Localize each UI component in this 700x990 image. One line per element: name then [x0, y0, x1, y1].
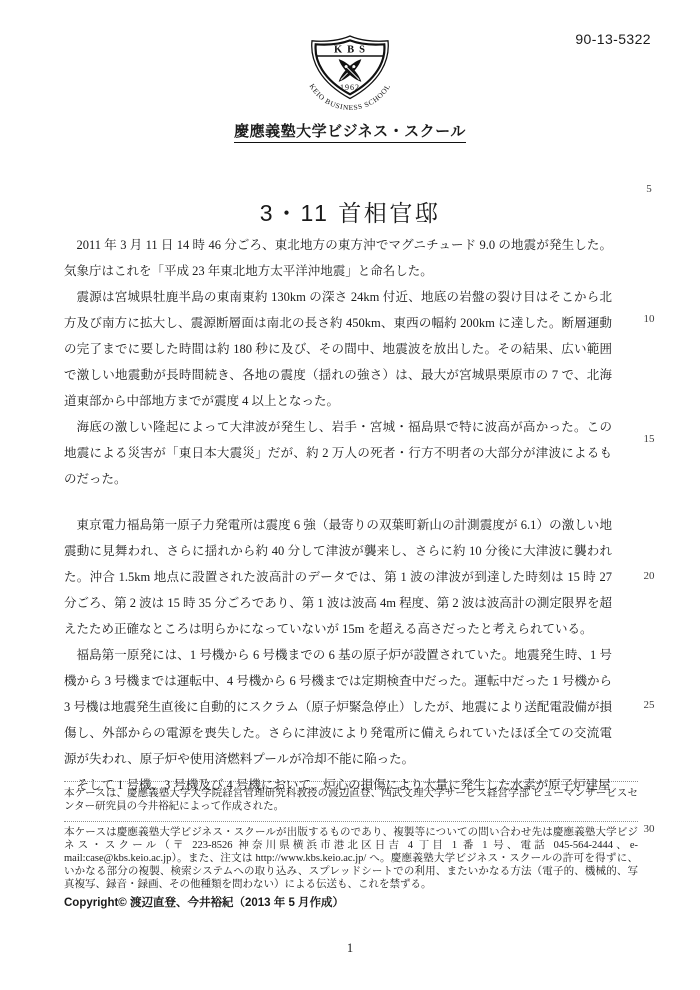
- body-paragraph: 震源は宮城県牡鹿半島の東南東約 130km の深さ 24km 付近、地底の岩盤の…: [64, 284, 612, 414]
- page-number: 1: [0, 941, 700, 956]
- body-paragraph: 東京電力福島第一原子力発電所は震度 6 強（最寄りの双葉町新山の計測震度が 6.…: [64, 512, 612, 642]
- margin-line-number: 5: [636, 183, 662, 195]
- school-name: 慶應義塾大学ビジネス・スクール: [234, 120, 466, 143]
- footnote-separator: [64, 821, 638, 822]
- footnote-block: 本ケースは、慶應義塾大学大学院経営管理研究科教授の渡辺直登、西武文理大学サービス…: [64, 781, 638, 911]
- doc-number: 90-13-5322: [575, 31, 651, 47]
- kbs-logo: KBS 1962 KEIO BUSINESS SCHOOL: [294, 33, 406, 125]
- crossed-pen-nibs-icon: [336, 57, 363, 84]
- footnote-separator: [64, 781, 638, 782]
- margin-line-number: 25: [636, 699, 662, 711]
- footnote: 本ケースは慶應義塾大学ビジネス・スクールが出版するものであり、複製等についての問…: [64, 826, 638, 891]
- margin-line-number: 30: [636, 823, 662, 835]
- page-title: 3・11 首相官邸: [0, 195, 700, 228]
- kbs-crest-icon: KBS 1962 KEIO BUSINESS SCHOOL: [294, 33, 406, 125]
- logo-acronym: KBS: [334, 45, 370, 56]
- body-paragraph: 2011 年 3 月 11 日 14 時 46 分ごろ、東北地方の東方沖でマグニ…: [64, 232, 612, 284]
- body-paragraph: 海底の激しい隆起によって大津波が発生し、岩手・宮城・福島県で特に波高が高かった。…: [64, 414, 612, 492]
- copyright-line: Copyright© 渡辺直登、今井裕紀（2013 年 5 月作成）: [64, 896, 638, 911]
- school-name-row: 慶應義塾大学ビジネス・スクール: [0, 120, 700, 143]
- margin-line-number: 10: [636, 313, 662, 325]
- case-body: 2011 年 3 月 11 日 14 時 46 分ごろ、東北地方の東方沖でマグニ…: [64, 232, 612, 798]
- footnote: 本ケースは、慶應義塾大学大学院経営管理研究科教授の渡辺直登、西武文理大学サービス…: [64, 787, 638, 813]
- margin-line-number: 15: [636, 433, 662, 445]
- margin-line-number: 20: [636, 570, 662, 582]
- body-paragraph: 福島第一原発には、1 号機から 6 号機までの 6 基の原子炉が設置されていた。…: [64, 642, 612, 772]
- case-document-page: { "document": { "doc_number": "90-13-532…: [0, 0, 700, 990]
- logo-year: 1962: [340, 83, 360, 92]
